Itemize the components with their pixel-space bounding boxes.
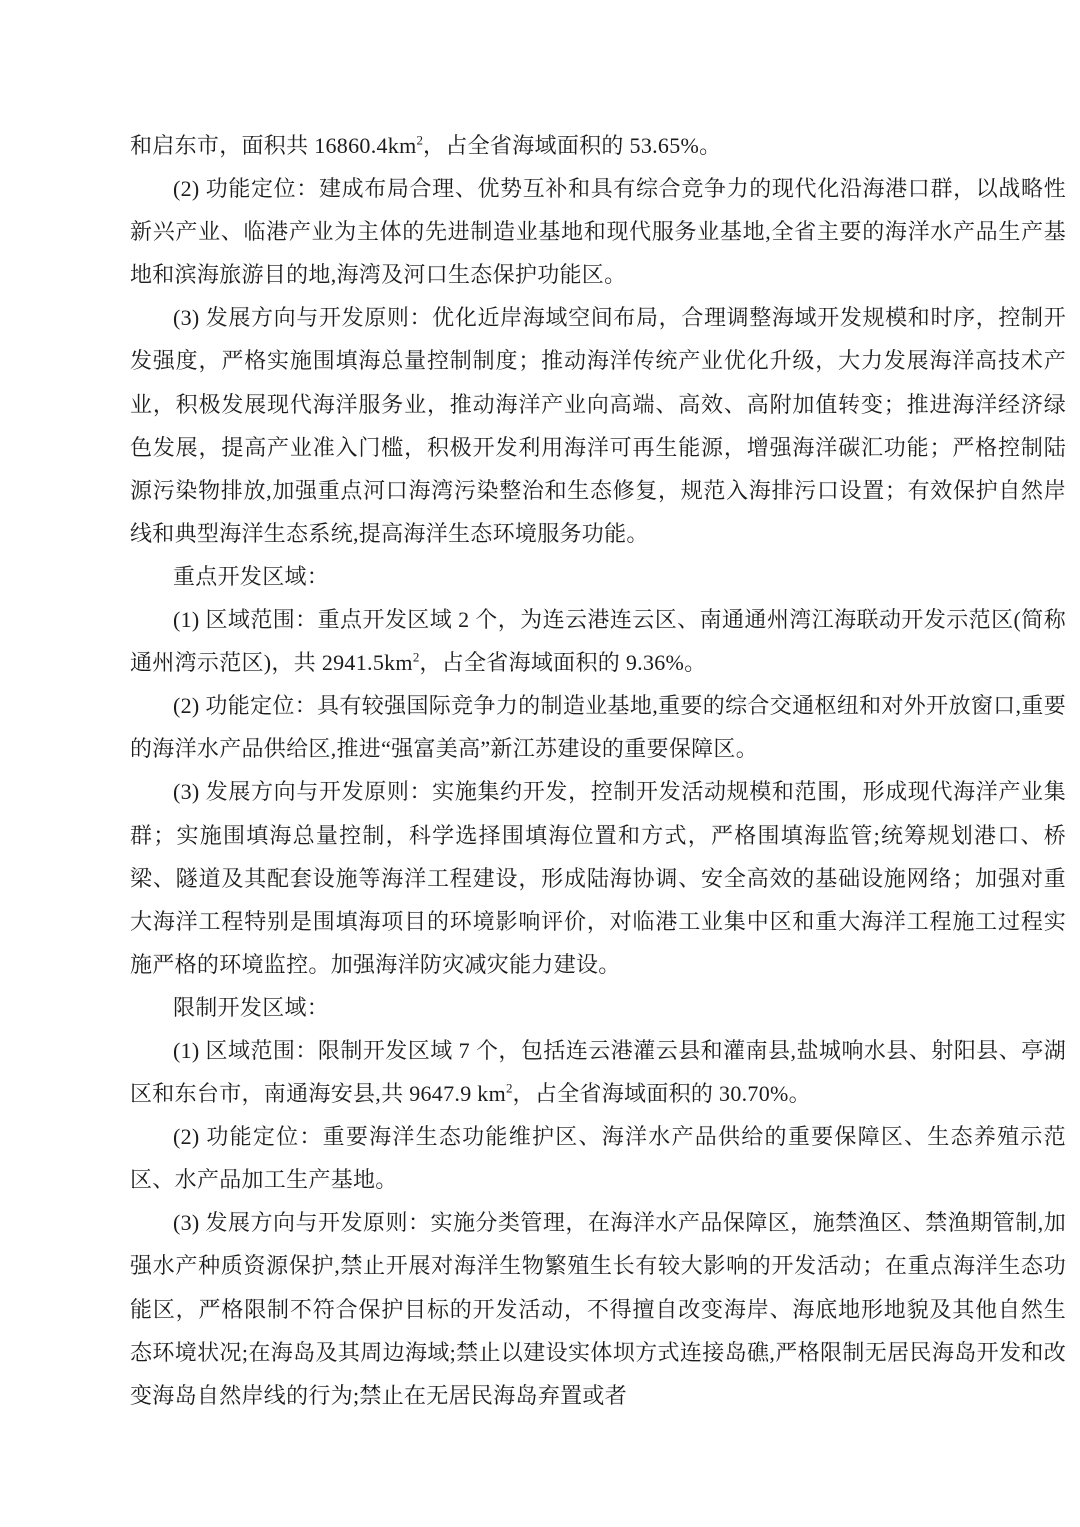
paragraph-restricted-zone-scope: (1) 区域范围：限制开发区域 7 个，包括连云港灌云县和灌南县,盐城响水县、射…: [130, 1029, 1066, 1115]
text-run: (2) 功能定位：具有较强国际竞争力的制造业基地,重要的综合交通枢纽和对外开放窗…: [130, 693, 1066, 761]
paragraph-optimized-function-positioning: (2) 功能定位：建成布局合理、优势互补和具有综合竞争力的现代化沿海港口群，以战…: [130, 167, 1066, 296]
document-body: 和启东市，面积共 16860.4km2，占全省海域面积的 53.65%。(2) …: [130, 124, 1066, 1417]
paragraph-continuation-area-total: 和启东市，面积共 16860.4km2，占全省海域面积的 53.65%。: [130, 124, 1066, 167]
document-page: 和启东市，面积共 16860.4km2，占全省海域面积的 53.65%。(2) …: [0, 0, 1080, 1527]
paragraph-key-zone-function-positioning: (2) 功能定位：具有较强国际竞争力的制造业基地,重要的综合交通枢纽和对外开放窗…: [130, 684, 1066, 770]
paragraph-restricted-zone-development-direction: (3) 发展方向与开发原则：实施分类管理，在海洋水产品保障区，施禁渔区、禁渔期管…: [130, 1201, 1066, 1416]
text-run: ，占全省海域面积的 9.36%。: [419, 650, 706, 675]
text-run: (3) 发展方向与开发原则：实施分类管理，在海洋水产品保障区，施禁渔区、禁渔期管…: [130, 1210, 1066, 1407]
text-run: ，占全省海域面积的 30.70%。: [513, 1081, 811, 1106]
paragraph-heading-restricted-development-zones: 限制开发区域：: [130, 986, 1066, 1029]
paragraph-restricted-zone-function-positioning: (2) 功能定位：重要海洋生态功能维护区、海洋水产品供给的重要保障区、生态养殖示…: [130, 1115, 1066, 1201]
text-run: (2) 功能定位：重要海洋生态功能维护区、海洋水产品供给的重要保障区、生态养殖示…: [130, 1124, 1066, 1192]
text-run: 限制开发区域：: [173, 995, 329, 1020]
text-run: ，占全省海域面积的 53.65%。: [423, 133, 721, 158]
text-run: (2) 功能定位：建成布局合理、优势互补和具有综合竞争力的现代化沿海港口群，以战…: [130, 176, 1066, 287]
paragraph-heading-key-development-zones: 重点开发区域：: [130, 555, 1066, 598]
paragraph-optimized-development-direction: (3) 发展方向与开发原则：优化近岸海域空间布局，合理调整海域开发规模和时序，控…: [130, 296, 1066, 555]
text-run: 和启东市，面积共 16860.4km: [130, 133, 417, 158]
text-run: 重点开发区域：: [173, 564, 329, 589]
paragraph-key-zone-development-direction: (3) 发展方向与开发原则：实施集约开发，控制开发活动规模和范围，形成现代海洋产…: [130, 770, 1066, 985]
text-run: (3) 发展方向与开发原则：优化近岸海域空间布局，合理调整海域开发规模和时序，控…: [130, 305, 1066, 545]
text-run: (3) 发展方向与开发原则：实施集约开发，控制开发活动规模和范围，形成现代海洋产…: [130, 779, 1066, 976]
paragraph-key-zone-scope: (1) 区域范围：重点开发区域 2 个，为连云港连云区、南通通州湾江海联动开发示…: [130, 598, 1066, 684]
